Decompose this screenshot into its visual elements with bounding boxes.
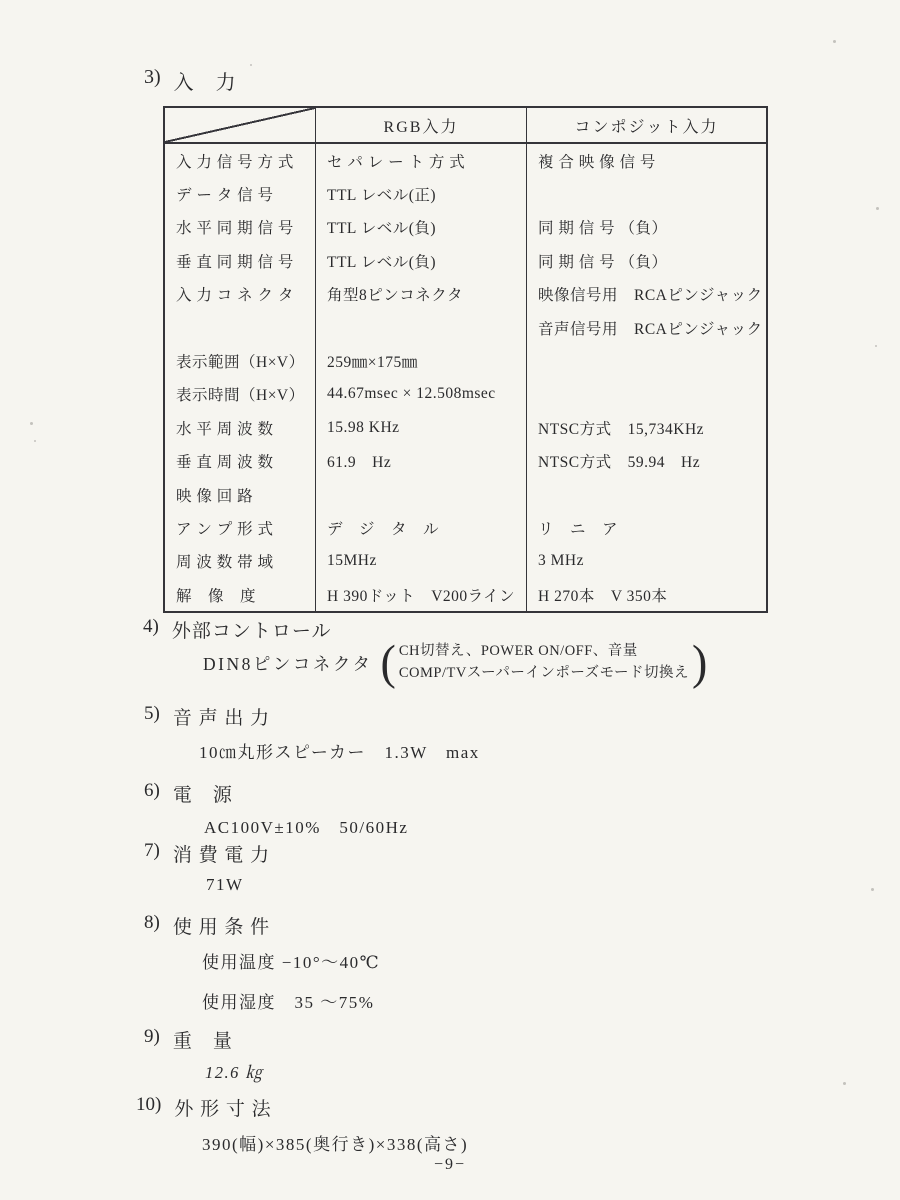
spec-row-label: 入 力 コ ネ ク タ bbox=[165, 278, 316, 311]
open-paren: ( bbox=[381, 639, 396, 687]
spec-row-label: 水 平 同 期 信 号 bbox=[165, 211, 316, 244]
section-title: 使 用 条 件 bbox=[173, 912, 270, 939]
spec-row-label: 垂 直 同 期 信 号 bbox=[165, 244, 316, 277]
spec-row-label: ア ン プ 形 式 bbox=[165, 511, 316, 544]
section-number: 3) bbox=[144, 66, 161, 95]
spec-cell-composite: リ ニ ア bbox=[527, 511, 766, 544]
section-title: 外 形 寸 法 bbox=[174, 1094, 271, 1121]
close-paren: ) bbox=[692, 639, 707, 687]
section-number: 5) bbox=[144, 703, 160, 730]
spec-cell-rgb: デ ジ タ ル bbox=[316, 511, 527, 544]
section-title: 重 量 bbox=[173, 1026, 233, 1053]
spec-cell-rgb: TTL レベル(負) bbox=[316, 211, 527, 244]
page-number: −9− bbox=[0, 1156, 900, 1174]
control-functions-list: CH切替え、POWER ON/OFF、音量 COMP/TVスーパーインポーズモー… bbox=[399, 641, 689, 685]
input-spec-table: RGB入力 コンポジット入力 入 力 信 号 方 式 セ パ レ ー ト 方 式… bbox=[163, 106, 768, 613]
section-number: 6) bbox=[144, 780, 160, 807]
spec-cell-rgb: セ パ レ ー ト 方 式 bbox=[316, 144, 527, 177]
spec-row-label: 垂 直 周 波 数 bbox=[165, 445, 316, 478]
section-number: 4) bbox=[143, 616, 159, 643]
section-10-heading: 10) 外 形 寸 法 bbox=[136, 1094, 272, 1121]
spec-cell-composite bbox=[527, 177, 766, 210]
spec-cell-rgb: TTL レベル(負) bbox=[316, 244, 527, 277]
spec-cell-rgb: 角型8ピンコネクタ bbox=[316, 278, 527, 311]
scan-speck bbox=[875, 345, 877, 347]
spec-row-label: 映 像 回 路 bbox=[165, 478, 316, 511]
spec-row-label: デ ー タ 信 号 bbox=[165, 177, 316, 210]
spec-row-label: 入 力 信 号 方 式 bbox=[165, 144, 316, 177]
spec-cell-rgb bbox=[316, 478, 527, 511]
table-header-row: RGB入力 コンポジット入力 bbox=[165, 108, 766, 144]
weight-text: 12.6 ㎏ bbox=[205, 1059, 264, 1083]
control-functions-line1: CH切替え、POWER ON/OFF、音量 bbox=[399, 641, 689, 663]
section-number: 10) bbox=[136, 1094, 161, 1121]
spec-cell-rgb: TTL レベル(正) bbox=[316, 177, 527, 210]
power-consumption-text: 71W bbox=[206, 875, 244, 895]
section-7-heading: 7) 消 費 電 力 bbox=[144, 840, 270, 867]
section-8-heading: 8) 使 用 条 件 bbox=[144, 912, 270, 939]
spec-row-label: 表示範囲（H×V） bbox=[165, 344, 316, 377]
table-header-rgb: RGB入力 bbox=[316, 108, 527, 142]
spec-cell-rgb: 15.98 KHz bbox=[316, 411, 527, 444]
section-5-heading: 5) 音 声 出 力 bbox=[144, 703, 270, 730]
section-title: 入 力 bbox=[174, 66, 237, 95]
spec-row-label: 表示時間（H×V） bbox=[165, 378, 316, 411]
scan-speck bbox=[833, 40, 836, 43]
section-4-body: DIN8ピンコネクタ ( CH切替え、POWER ON/OFF、音量 COMP/… bbox=[203, 640, 710, 686]
din-connector-text: DIN8ピンコネクタ bbox=[203, 651, 373, 676]
section-4-heading: 4) 外部コントロール bbox=[143, 616, 331, 643]
speaker-spec-text: 10㎝丸形スピーカー 1.3W max bbox=[199, 738, 480, 763]
section-number: 7) bbox=[144, 840, 160, 867]
spec-cell-composite: 映像信号用 RCAピンジャック bbox=[527, 278, 766, 311]
scan-speck bbox=[871, 888, 874, 891]
dimensions-text: 390(幅)×385(奥行き)×338(高さ) bbox=[202, 1130, 468, 1155]
spec-cell-composite bbox=[527, 478, 766, 511]
spec-cell-rgb: 259㎜×175㎜ bbox=[316, 344, 527, 377]
section-number: 8) bbox=[144, 912, 160, 939]
section-title: 外部コントロール bbox=[172, 616, 332, 643]
table-header-diagonal-cell bbox=[165, 108, 316, 142]
spec-cell-rgb bbox=[316, 311, 527, 344]
section-title: 音 声 出 力 bbox=[173, 703, 270, 730]
spec-row-label: 水 平 周 波 数 bbox=[165, 411, 316, 444]
spec-cell-composite: 3 MHz bbox=[527, 545, 766, 578]
spec-cell-rgb: H 390ドット V200ライン bbox=[316, 578, 527, 611]
scan-speck bbox=[30, 422, 33, 425]
spec-cell-composite: 複 合 映 像 信 号 bbox=[527, 144, 766, 177]
spec-cell-composite: NTSC方式 59.94 Hz bbox=[527, 445, 766, 478]
section-3-heading: 3) 入 力 bbox=[144, 66, 237, 95]
section-number: 9) bbox=[144, 1026, 160, 1053]
spec-row-label: 解 像 度 bbox=[165, 578, 316, 611]
spec-cell-composite bbox=[527, 378, 766, 411]
section-6-heading: 6) 電 源 bbox=[144, 780, 233, 807]
spec-cell-composite bbox=[527, 344, 766, 377]
section-title: 電 源 bbox=[173, 780, 233, 807]
spec-cell-composite: 同 期 信 号 （負） bbox=[527, 244, 766, 277]
spec-cell-rgb: 15MHz bbox=[316, 545, 527, 578]
power-spec-text: AC100V±10% 50/60Hz bbox=[204, 813, 408, 838]
scan-speck bbox=[250, 64, 252, 66]
spec-cell-composite: 音声信号用 RCAピンジャック bbox=[527, 311, 766, 344]
spec-row-label bbox=[165, 311, 316, 344]
spec-cell-composite: NTSC方式 15,734KHz bbox=[527, 411, 766, 444]
table-body: 入 力 信 号 方 式 セ パ レ ー ト 方 式 複 合 映 像 信 号 デ … bbox=[165, 144, 766, 611]
table-header-composite: コンポジット入力 bbox=[527, 108, 766, 142]
spec-row-label: 周 波 数 帯 域 bbox=[165, 545, 316, 578]
spec-cell-rgb: 44.67msec × 12.508msec bbox=[316, 378, 527, 411]
spec-cell-composite: 同 期 信 号 （負） bbox=[527, 211, 766, 244]
operating-temperature-text: 使用温度 −10°〜40℃ bbox=[202, 948, 380, 973]
scan-speck bbox=[34, 440, 36, 442]
spec-cell-rgb: 61.9 Hz bbox=[316, 445, 527, 478]
section-title: 消 費 電 力 bbox=[173, 840, 270, 867]
scan-speck bbox=[843, 1082, 846, 1085]
operating-humidity-text: 使用湿度 35 〜75% bbox=[202, 988, 374, 1013]
scan-speck bbox=[876, 207, 879, 210]
section-9-heading: 9) 重 量 bbox=[144, 1026, 233, 1053]
control-functions-line2: COMP/TVスーパーインポーズモード切換え bbox=[399, 663, 689, 685]
spec-cell-composite: H 270本 V 350本 bbox=[527, 578, 766, 611]
